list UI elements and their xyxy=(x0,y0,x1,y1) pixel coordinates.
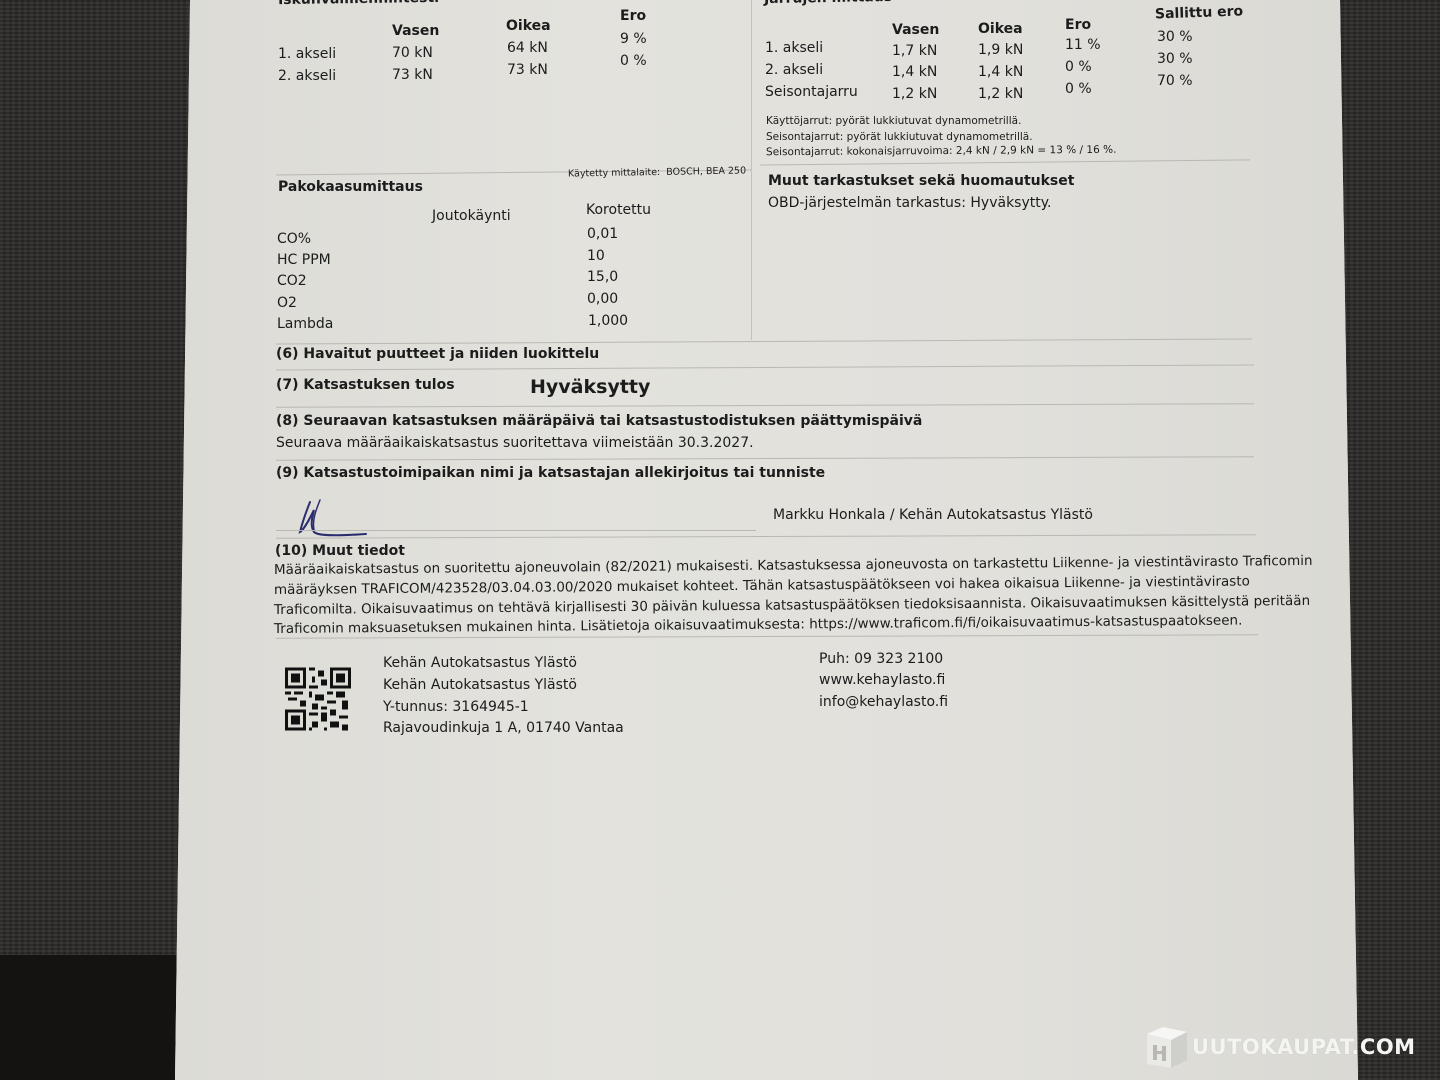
divider xyxy=(276,338,1252,344)
business-id: Y-tunnus: 3164945-1 xyxy=(383,699,529,715)
signature xyxy=(296,496,376,541)
exhaust-col-raised: Korotettu xyxy=(586,202,651,218)
brake-row2-allowed: 30 % xyxy=(1157,51,1193,67)
brake-test-title: Jarrujen mittaus xyxy=(764,0,892,7)
exhaust-row-raised: 0,01 xyxy=(587,226,618,242)
shock-row2-label: 2. akseli xyxy=(278,68,336,84)
shock-row1-label: 1. akseli xyxy=(278,46,336,62)
exhaust-row-raised: 10 xyxy=(587,248,605,264)
divider xyxy=(276,403,1254,407)
other-checks-text: OBD-järjestelmän tarkastus: Hyväksytty. xyxy=(768,195,1051,211)
shock-header-diff: Ero xyxy=(620,8,646,24)
company-name: Kehän Autokatsastus Ylästö xyxy=(383,655,577,671)
section-6-title: (6) Havaitut puutteet ja niiden luokitte… xyxy=(276,346,599,362)
section-7-title: (7) Katsastuksen tulos xyxy=(276,377,455,393)
brake-header-allowed: Sallittu ero xyxy=(1155,3,1244,22)
exhaust-row-raised: 1,000 xyxy=(588,313,628,329)
brake-row2-label: 2. akseli xyxy=(765,62,823,78)
brake-header-right: Oikea xyxy=(978,21,1023,37)
divider xyxy=(276,364,1254,370)
exhaust-row-label: CO2 xyxy=(277,273,307,289)
brake-row3-diff: 0 % xyxy=(1065,81,1092,97)
shock-row1-left: 70 kN xyxy=(392,45,433,61)
brake-note-1: Käyttöjarrut: pyörät lukkiutuvat dynamom… xyxy=(766,115,1021,127)
company-name-2: Kehän Autokatsastus Ylästö xyxy=(383,677,577,693)
huutokaupat-watermark: UUTOKAUPAT.COM xyxy=(1143,1022,1416,1072)
other-checks-title: Muut tarkastukset sekä huomautukset xyxy=(768,173,1074,189)
brake-row3-allowed: 70 % xyxy=(1157,73,1193,89)
exhaust-device-label: Käytetty mittalaite: xyxy=(568,167,660,180)
brake-row1-allowed: 30 % xyxy=(1157,29,1193,45)
inspection-result: Hyväksytty xyxy=(530,376,650,398)
company-email: info@kehaylasto.fi xyxy=(819,694,948,710)
exhaust-device: Käytetty mittalaite: BOSCH, BEA 250 xyxy=(568,165,746,179)
brake-row3-label: Seisontajarru xyxy=(765,84,858,100)
signature-line xyxy=(276,530,756,531)
exhaust-row-raised: 15,0 xyxy=(587,269,618,285)
brake-row3-left: 1,2 kN xyxy=(892,86,937,102)
company-phone: Puh: 09 323 2100 xyxy=(819,651,943,667)
brake-row3-right: 1,2 kN xyxy=(978,86,1023,102)
exhaust-row-label: Lambda xyxy=(277,316,333,332)
inspection-report: Iskunvaimennintesti Vasen Oikea Ero 1. a… xyxy=(0,0,1440,1080)
shock-row2-left: 73 kN xyxy=(392,67,433,83)
brake-row1-label: 1. akseli xyxy=(765,40,823,56)
shock-row2-right: 73 kN xyxy=(507,62,548,78)
brake-row2-diff: 0 % xyxy=(1065,59,1092,75)
next-inspection-text: Seuraava määräaikaiskatsastus suoritetta… xyxy=(276,435,754,451)
shock-header-left: Vasen xyxy=(392,23,439,39)
brake-note-2: Seisontajarrut: pyörät lukkiutuvat dynam… xyxy=(766,131,1033,143)
cube-logo-icon xyxy=(1143,1024,1189,1070)
watermark-text: UUTOKAUPAT.COM xyxy=(1192,1035,1416,1059)
exhaust-device-value: BOSCH, BEA 250 xyxy=(666,165,746,177)
signer-name: Markku Honkala / Kehän Autokatsastus Ylä… xyxy=(773,507,1093,523)
divider xyxy=(276,456,1254,460)
exhaust-row-label: CO% xyxy=(277,231,311,247)
brake-row2-right: 1,4 kN xyxy=(978,64,1023,80)
company-address: Rajavoudinkuja 1 A, 01740 Vantaa xyxy=(383,720,624,736)
brake-note-3: Seisontajarrut: kokonaisjarruvoima: 2,4 … xyxy=(766,144,1116,158)
exhaust-title: Pakokaasumittaus xyxy=(278,179,423,195)
shock-test-title: Iskunvaimennintesti xyxy=(278,0,439,8)
brake-row1-right: 1,9 kN xyxy=(978,42,1023,58)
exhaust-col-idle: Joutokäynti xyxy=(432,208,511,224)
section-9-title: (9) Katsastustoimipaikan nimi ja katsast… xyxy=(276,465,825,481)
column-divider xyxy=(751,0,752,340)
shock-row2-diff: 0 % xyxy=(620,53,647,69)
shock-row1-diff: 9 % xyxy=(620,31,647,47)
section-10-title: (10) Muut tiedot xyxy=(275,543,405,559)
brake-row1-diff: 11 % xyxy=(1065,37,1101,53)
brake-row1-left: 1,7 kN xyxy=(892,43,937,59)
section-8-title: (8) Seuraavan katsastuksen määräpäivä ta… xyxy=(276,413,922,429)
shock-header-right: Oikea xyxy=(506,18,551,34)
brake-header-diff: Ero xyxy=(1065,17,1091,33)
divider xyxy=(760,159,1250,165)
brake-row2-left: 1,4 kN xyxy=(892,64,937,80)
exhaust-row-label: HC PPM xyxy=(277,252,331,268)
brake-header-left: Vasen xyxy=(892,22,939,38)
exhaust-row-label: O2 xyxy=(277,295,297,311)
shock-row1-right: 64 kN xyxy=(507,40,548,56)
divider xyxy=(276,534,1256,538)
qr-code-icon xyxy=(285,667,351,731)
company-website: www.kehaylasto.fi xyxy=(819,672,945,688)
exhaust-row-raised: 0,00 xyxy=(587,291,618,307)
